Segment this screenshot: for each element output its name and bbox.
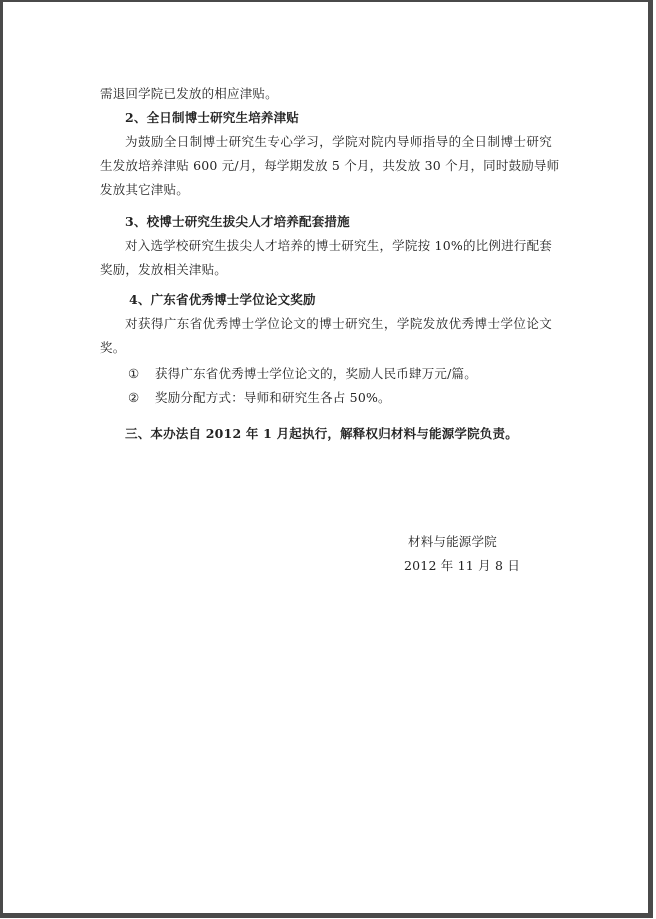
section-2-line-2: 生发放培养津贴 600 元/月，每学期发放 5 个月，共发放 30 个月，同时鼓… <box>100 158 552 174</box>
list-item-2-marker: ② <box>128 390 139 406</box>
list-item-1-text: 获得广东省优秀博士学位论文的，奖励人民币肆万元/篇。 <box>155 366 477 382</box>
section-2-heading: 2、全日制博士研究生培养津贴 <box>125 110 299 126</box>
section-2-line-1: 为鼓励全日制博士研究生专心学习，学院对院内导师指导的全日制博士研究 <box>125 134 552 150</box>
list-item-1-marker: ① <box>128 366 139 382</box>
section-3-line-1: 对入选学校研究生拔尖人才培养的博士研究生，学院按 10%的比例进行配套 <box>125 238 552 254</box>
section-4-line-1: 对获得广东省优秀博士学位论文的博士研究生，学院发放优秀博士学位论文 <box>125 316 552 332</box>
clause-three: 三、本办法自 2012 年 1 月起执行，解释权归材料与能源学院负责。 <box>125 426 518 442</box>
list-item-2-text: 奖励分配方式：导师和研究生各占 50%。 <box>155 390 391 406</box>
section-4-heading: 4、广东省优秀博士学位论文奖励 <box>129 292 316 308</box>
document-page: 需退回学院已发放的相应津贴。 2、全日制博士研究生培养津贴 为鼓励全日制博士研究… <box>0 0 653 918</box>
section-2-line-3: 发放其它津贴。 <box>100 182 189 198</box>
continuation-text: 需退回学院已发放的相应津贴。 <box>100 86 278 102</box>
signature-date: 2012 年 11 月 8 日 <box>404 558 520 574</box>
section-3-heading: 3、校博士研究生拔尖人才培养配套措施 <box>125 214 350 230</box>
section-3-line-2: 奖励，发放相关津贴。 <box>100 262 227 278</box>
section-4-line-2: 奖。 <box>100 340 125 356</box>
signature-org: 材料与能源学院 <box>408 534 497 550</box>
